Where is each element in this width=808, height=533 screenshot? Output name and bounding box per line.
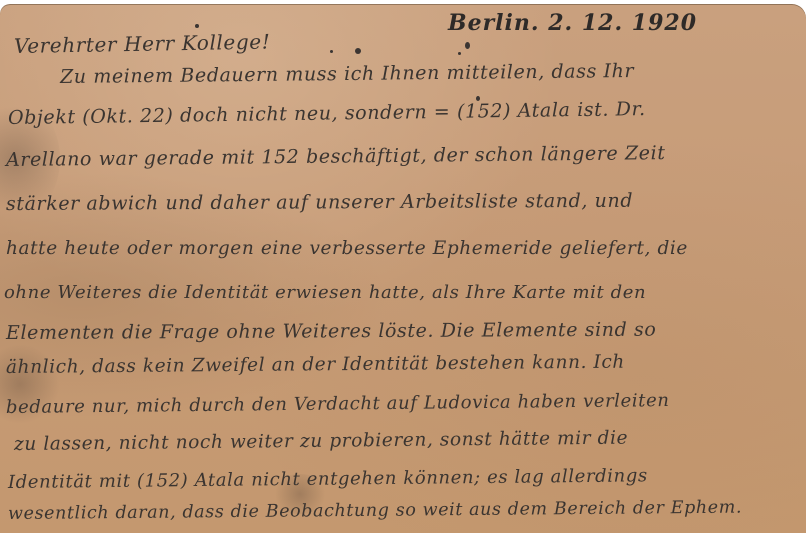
text-line-11: Identität mit (152) Atala nicht entgehen… [8,465,648,493]
ink-spot [330,50,333,53]
place-date: Berlin. 2. 12. 1920 [448,10,697,36]
text-line-2: Objekt (Okt. 22) doch nicht neu, sondern… [8,98,646,129]
text-line-4: stärker abwich und daher auf unserer Arb… [6,190,633,215]
text-line-8: ähnlich, dass kein Zweifel an der Identi… [6,352,625,378]
text-line-5: hatte heute oder morgen eine verbesserte… [6,238,688,259]
ink-spot [465,42,470,49]
ink-spot [355,48,361,54]
text-line-1: Zu meinem Bedauern muss ich Ihnen mittei… [60,60,634,88]
text-line-9: bedaure nur, mich durch den Verdacht auf… [6,390,670,418]
text-line-12: wesentlich daran, dass die Beobachtung s… [8,498,742,524]
text-line-3: Arellano war gerade mit 152 beschäftigt,… [6,142,666,171]
postcard: Berlin. 2. 12. 1920 Verehrter Herr Kolle… [0,4,806,533]
text-line-7: Elementen die Frage ohne Weiteres löste.… [6,319,656,344]
ink-spot [458,52,461,55]
text-line-10: zu lassen, nicht noch weiter zu probiere… [14,428,628,455]
text-line-6: ohne Weiteres die Identität erwiesen hat… [4,282,646,303]
salutation: Verehrter Herr Kollege! [14,30,271,58]
ink-spot [195,24,199,28]
